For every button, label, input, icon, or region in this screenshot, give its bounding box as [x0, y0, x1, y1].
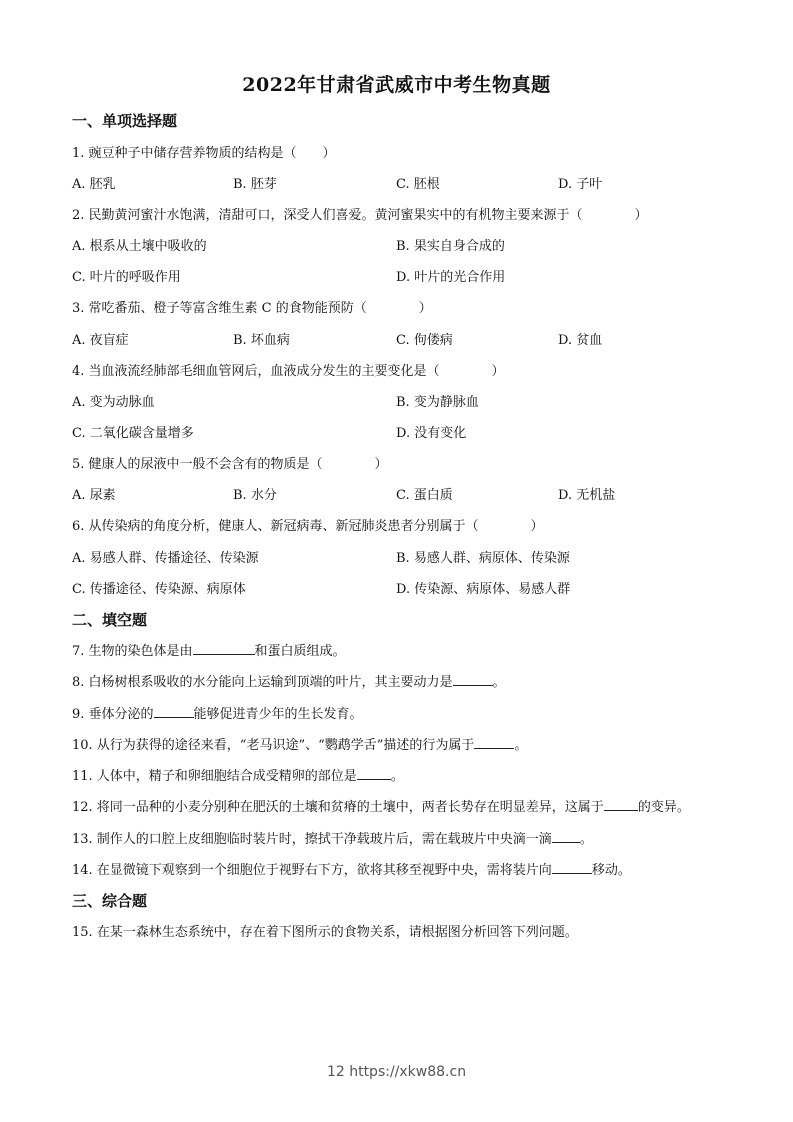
q6-option-b: B. 易感人群、病原体、传染源 [396, 547, 570, 566]
q1-option-c: C. 胚根 [396, 173, 440, 192]
q13-text-before: 13. 制作人的口腔上皮细胞临时装片时，擦拭干净载玻片后，需在载玻片中央滴一滴 [72, 832, 552, 847]
question-15-stem: 15. 在某一森林生态系统中，存在着下图所示的食物关系，请根据图分析回答下列问题… [72, 921, 578, 940]
question-10: 10. 从行为获得的途径来看，“老马识途”、“鹦鹉学舌”描述的行为属于。 [72, 734, 527, 753]
q7-text-before: 7. 生物的染色体是由 [72, 644, 193, 659]
q7-answer-blank[interactable] [193, 642, 255, 655]
q4-option-b: B. 变为静脉血 [396, 391, 479, 410]
q4-option-a: A. 变为动脉血 [72, 391, 155, 410]
q14-text-after: 移动。 [592, 863, 631, 878]
q1-option-d: D. 子叶 [558, 173, 602, 192]
question-2-stem: 2. 民勤黄河蜜汁水饱满，清甜可口，深受人们喜爱。黄河蜜果实中的有机物主要来源于… [72, 204, 648, 223]
question-5-stem: 5. 健康人的尿液中一般不会含有的物质是（ ） [72, 453, 388, 472]
q9-text-after: 能够促进青少年的生长发育。 [194, 707, 363, 722]
page-title: 2022年甘肃省武威市中考生物真题 [0, 70, 793, 97]
q5-option-b: B. 水分 [233, 484, 277, 503]
question-13: 13. 制作人的口腔上皮细胞临时装片时，擦拭干净载玻片后，需在载玻片中央滴一滴。 [72, 828, 593, 847]
q2-option-b: B. 果实自身合成的 [396, 235, 505, 254]
q10-text-before: 10. 从行为获得的途径来看，“老马识途”、“鹦鹉学舌”描述的行为属于 [72, 738, 474, 753]
q7-text-after: 和蛋白质组成。 [255, 644, 346, 659]
q12-answer-blank[interactable] [604, 798, 638, 811]
question-1-stem: 1. 豌豆种子中储存营养物质的结构是（ ） [72, 142, 336, 161]
q5-option-a: A. 尿素 [72, 484, 116, 503]
q12-text-after: 的变异。 [638, 800, 690, 815]
question-11: 11. 人体中，精子和卵细胞结合成受精卵的部位是。 [72, 765, 404, 784]
question-12: 12. 将同一品种的小麦分别种在肥沃的土壤和贫瘠的土壤中，两者长势存在明显差异，… [72, 796, 690, 815]
q3-option-b: B. 坏血病 [233, 329, 290, 348]
q5-option-c: C. 蛋白质 [396, 484, 453, 503]
q3-option-d: D. 贫血 [558, 329, 602, 348]
question-4-stem: 4. 当血液流经肺部毛细血管网后，血液成分发生的主要变化是（ ） [72, 360, 505, 379]
section-heading-fill-in: 二、填空题 [72, 609, 147, 630]
q12-text-before: 12. 将同一品种的小麦分别种在肥沃的土壤和贫瘠的土壤中，两者长势存在明显差异，… [72, 800, 604, 815]
q1-option-a: A. 胚乳 [72, 173, 116, 192]
q4-option-d: D. 没有变化 [396, 422, 466, 441]
q10-text-after: 。 [514, 738, 527, 753]
q1-option-b: B. 胚芽 [233, 173, 277, 192]
q11-text-before: 11. 人体中，精子和卵细胞结合成受精卵的部位是 [72, 769, 357, 784]
question-6-stem: 6. 从传染病的角度分析，健康人、新冠病毒、新冠肺炎患者分别属于（ ） [72, 515, 544, 534]
question-3-stem: 3. 常吃番茄、橙子等富含维生素 C 的食物能预防（ ） [72, 297, 432, 316]
page-footer: 12 https://xkw88.cn [0, 1064, 793, 1080]
q3-option-a: A. 夜盲症 [72, 329, 129, 348]
q8-text-before: 8. 白杨树根系吸收的水分能向上运输到顶端的叶片，其主要动力是 [72, 675, 453, 690]
q11-answer-blank[interactable] [357, 767, 391, 780]
q8-answer-blank[interactable] [453, 673, 493, 686]
q4-option-c: C. 二氧化碳含量增多 [72, 422, 194, 441]
q2-option-c: C. 叶片的呼吸作用 [72, 266, 181, 285]
section-heading-comprehensive: 三、综合题 [72, 890, 147, 911]
question-14: 14. 在显微镜下观察到一个细胞位于视野右下方，欲将其移至视野中央，需将装片向移… [72, 859, 631, 878]
q9-text-before: 9. 垂体分泌的 [72, 707, 154, 722]
q13-answer-blank[interactable] [552, 830, 580, 843]
q11-text-after: 。 [391, 769, 404, 784]
q14-answer-blank[interactable] [552, 861, 592, 874]
q6-option-d: D. 传染源、病原体、易感人群 [396, 578, 570, 597]
q10-answer-blank[interactable] [474, 736, 514, 749]
question-7: 7. 生物的染色体是由和蛋白质组成。 [72, 640, 346, 659]
q14-text-before: 14. 在显微镜下观察到一个细胞位于视野右下方，欲将其移至视野中央，需将装片向 [72, 863, 552, 878]
q13-text-after: 。 [580, 832, 593, 847]
q2-option-d: D. 叶片的光合作用 [396, 266, 505, 285]
q2-option-a: A. 根系从土壤中吸收的 [72, 235, 207, 254]
q5-option-d: D. 无机盐 [558, 484, 615, 503]
question-8: 8. 白杨树根系吸收的水分能向上运输到顶端的叶片，其主要动力是。 [72, 671, 506, 690]
q8-text-after: 。 [493, 675, 506, 690]
q9-answer-blank[interactable] [154, 705, 194, 718]
q3-option-c: C. 佝偻病 [396, 329, 453, 348]
section-heading-multiple-choice: 一、单项选择题 [72, 110, 177, 131]
q6-option-c: C. 传播途径、传染源、病原体 [72, 578, 246, 597]
question-9: 9. 垂体分泌的能够促进青少年的生长发育。 [72, 703, 363, 722]
q6-option-a: A. 易感人群、传播途径、传染源 [72, 547, 259, 566]
